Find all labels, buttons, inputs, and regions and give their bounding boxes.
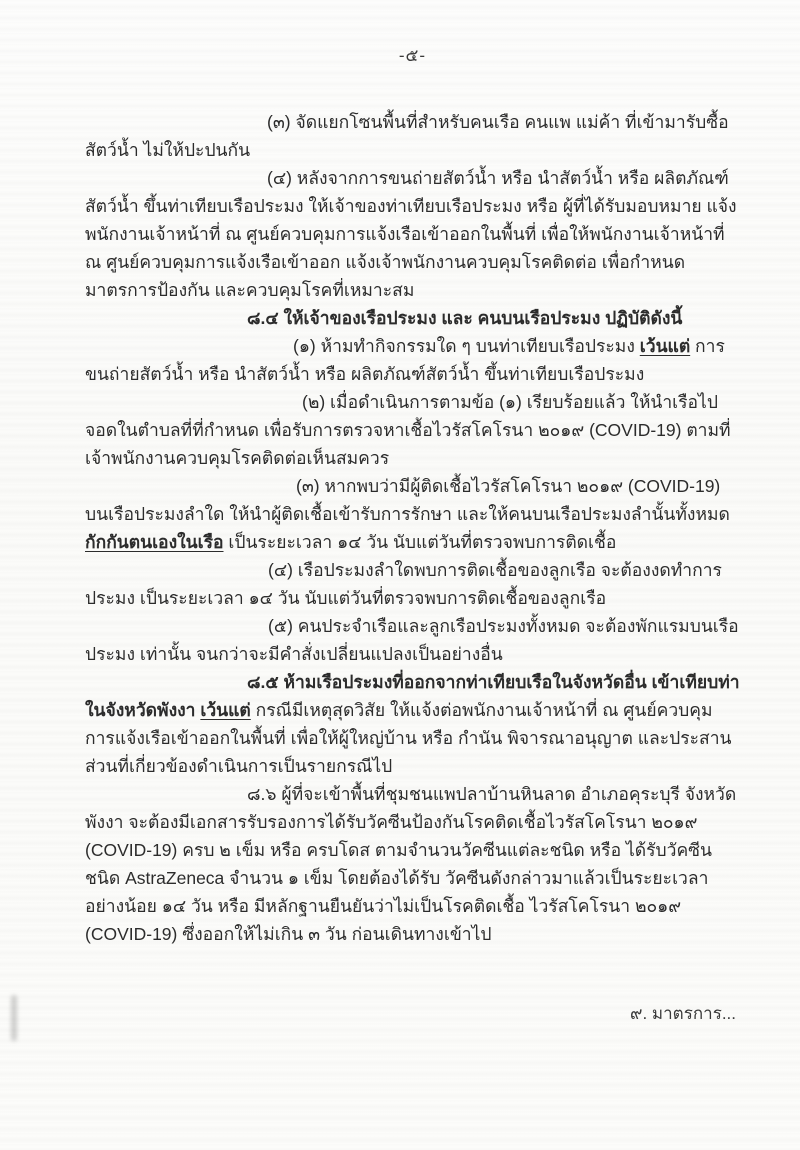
scanned-document-page: -๕- (๓) จัดแยกโซนพื้นที่สำหรับคนเรือ คนแ… bbox=[0, 0, 800, 1150]
clause-8-4-item-3-text: (๓) หากพบว่ามีผู้ติดเชื้อไวรัสโคโรนา ๒๐๑… bbox=[85, 476, 730, 524]
clause-8-4-item-5: (๕) คนประจำเรือและลูกเรือประมงทั้งหมด จะ… bbox=[85, 612, 740, 668]
exception-term-8-5: เว้นแต่ bbox=[200, 700, 250, 720]
clause-8-4-item-1-text: (๑) ห้ามทำกิจกรรมใด ๆ บนท่าเทียบเรือประม… bbox=[293, 336, 640, 356]
clause-8-4-item-1: (๑) ห้ามทำกิจกรรมใด ๆ บนท่าเทียบเรือประม… bbox=[85, 332, 740, 388]
heading-8-4: ๘.๔ ให้เจ้าของเรือประมง และ คนบนเรือประม… bbox=[85, 304, 740, 332]
clause-8-3-item-4: (๔) หลังจากการขนถ่ายสัตว์น้ำ หรือ นำสัตว… bbox=[85, 164, 740, 304]
clause-8-3-item-3: (๓) จัดแยกโซนพื้นที่สำหรับคนเรือ คนแพ แม… bbox=[85, 108, 740, 164]
clause-8-4-item-4: (๔) เรือประมงลำใดพบการติดเชื้อของลูกเรือ… bbox=[85, 556, 740, 612]
clause-8-5: ๘.๕ ห้ามเรือประมงที่ออกจากท่าเทียบเรือใน… bbox=[85, 668, 740, 780]
clause-8-4-item-3: (๓) หากพบว่ามีผู้ติดเชื้อไวรัสโคโรนา ๒๐๑… bbox=[85, 472, 740, 556]
clause-8-4-item-2: (๒) เมื่อดำเนินการตามข้อ (๑) เรียบร้อยแล… bbox=[85, 388, 740, 472]
page-number: -๕- bbox=[85, 0, 740, 68]
continuation-note: ๙. มาตรการ... bbox=[630, 1002, 736, 1026]
clause-8-4-item-3-continued: เป็นระยะเวลา ๑๔ วัน นับแต่วันที่ตรวจพบกา… bbox=[224, 532, 617, 552]
document-content: -๕- (๓) จัดแยกโซนพื้นที่สำหรับคนเรือ คนแ… bbox=[85, 0, 740, 948]
exception-term: เว้นแต่ bbox=[640, 336, 690, 356]
scan-artifact-smudge bbox=[11, 995, 17, 1041]
clause-8-6: ๘.๖ ผู้ที่จะเข้าพื้นที่ชุมชนแพปลาบ้านหิน… bbox=[85, 780, 740, 948]
quarantine-term: กักกันตนเองในเรือ bbox=[85, 532, 224, 552]
